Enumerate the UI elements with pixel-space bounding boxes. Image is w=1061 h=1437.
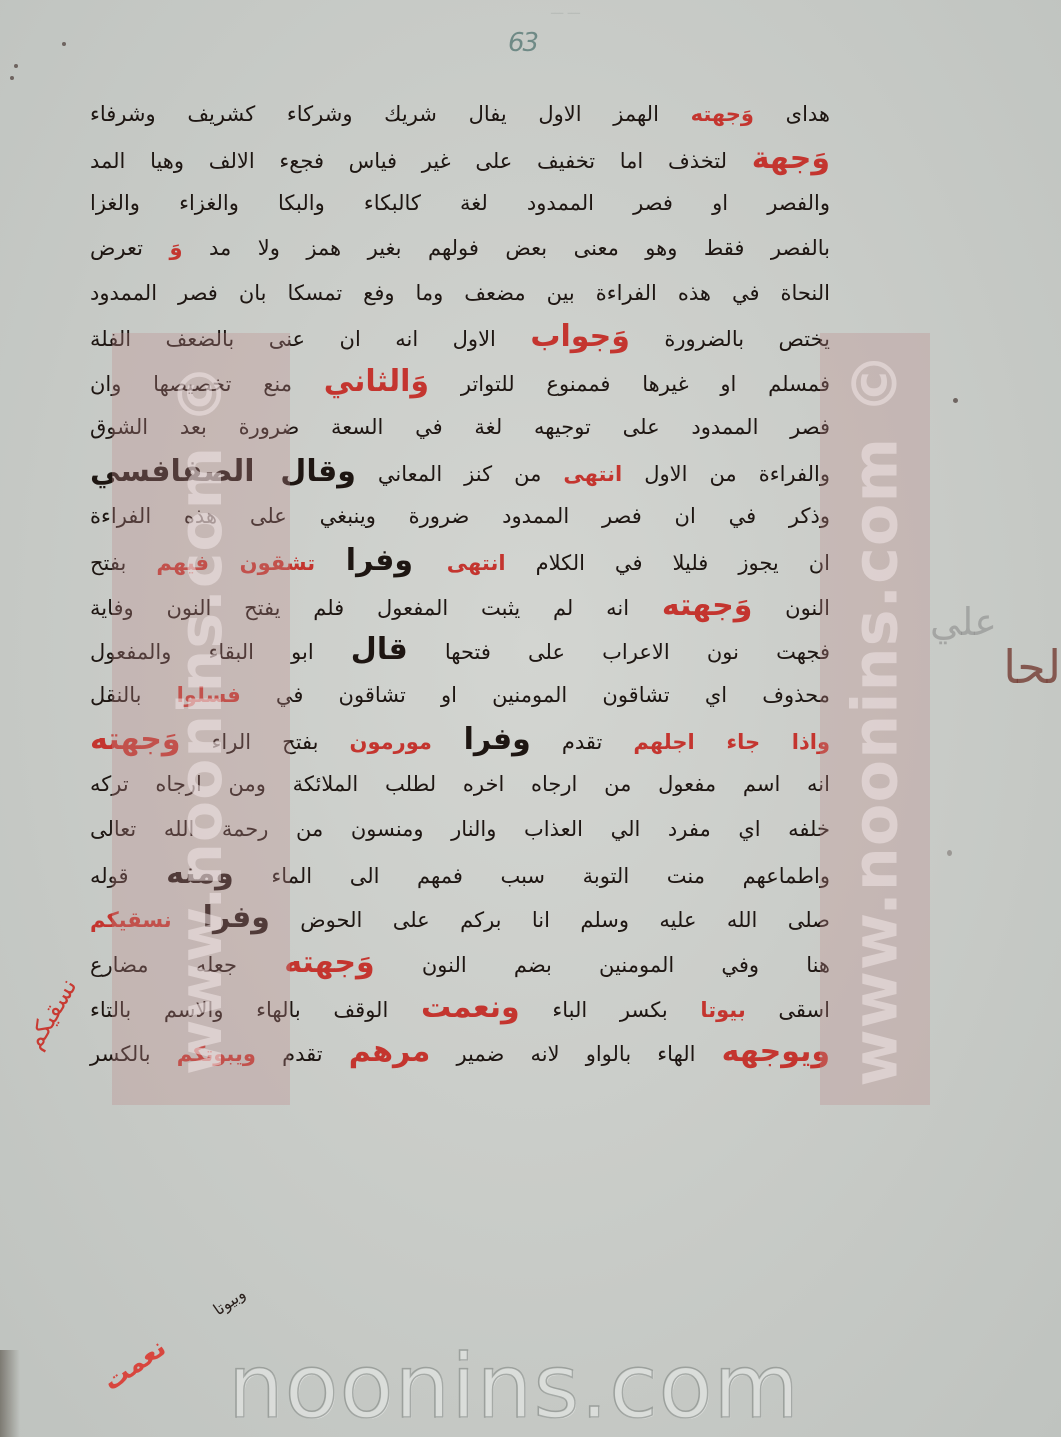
text-run: فجهت نون الاعراب على فتحها [408,640,830,664]
manuscript-line: النحاة في هذه الفراءة بين مضعف وما وفع ت… [90,271,830,316]
manuscript-line: وَجهة لتخذف اما تخفيف على غير فياس فجعء … [90,137,830,182]
rubric-word: انتهى [447,551,506,575]
ink-spot [62,42,66,46]
text-run: والفراءة من الاول [622,462,830,486]
rubric-word: وَجهة [752,141,830,176]
rubric-word: انتهى [563,462,622,486]
ink-spot [947,850,952,856]
watermark-band-right-text: www.noonins.com © [839,351,912,1086]
text-run: تقدم [531,730,634,754]
text-run: صلى الله عليه وسلم انا بركم على الحوض [270,908,830,932]
text-run: بالفصر فقط وهو معنى بعض فولهم بغير همز و… [183,236,830,260]
rubric-word: وَالثاني [324,364,429,399]
manuscript-line: بالفصر فقط وهو معنى بعض فولهم بغير همز و… [90,226,830,271]
text-run: اسقى [746,998,830,1022]
bleed-through-ghost: علي [930,600,997,644]
text-run: تعرض [90,236,169,260]
text-run: لتخذف اما تخفيف على غير فياس فجعء الالف … [90,149,752,173]
rubric-word: مرهم [349,1034,431,1069]
text-run: وفرا [464,722,531,757]
rubric-word: واذا جاء اجلهم [633,730,830,754]
rubric-word: وَجواب [530,319,630,354]
text-run: ان يجوز فليلا في الكلام [506,551,830,575]
ink-spot [14,64,18,68]
rubric-word: مورمون [350,730,464,754]
watermark-band-left: www.noonins.com © [112,333,290,1105]
text-run: من كنز المعاني [356,462,564,486]
faded-top-annotation: ـــ ـــ [280,2,580,20]
watermark-band-left-text: www.noonins.com © [166,363,236,1075]
text-run: واطماعهم منت التوبة سبب فمهم الى الماء [234,864,830,888]
text-run: والفصر او فصر الممدود لغة كالبكاء والبكا… [90,191,830,215]
catchword-black: وبيوتا [210,1284,249,1319]
ink-spot [953,398,958,403]
text-run: النحاة في هذه الفراءة بين مضعف وما وفع ت… [90,281,830,305]
catchword-red: نعمت [98,1333,172,1397]
text-run: النون [752,596,830,620]
manuscript-line: والفصر او فصر الممدود لغة كالبكاء والبكا… [90,181,830,226]
rubric-word: وَجهته [662,588,753,623]
rubric-word: وَجهته [284,945,375,980]
rubric-word: وَ [169,236,182,260]
rubric-word: بيوتا [700,998,745,1022]
text-run: هنا وفي المومنين بضم النون [375,953,830,977]
text-run: فمسلم او غيرها فممنوع للتواتر [429,372,830,396]
page-edge-shadow [0,1350,20,1437]
text-run: هداى [754,102,830,126]
text-run: الهاء بالواو لانه ضمير [430,1042,721,1066]
text-run: وفرا [346,543,447,578]
manuscript-page: ـــ ـــ 63 علي لحا هداى وَجهته الهمز الا… [0,0,1061,1437]
watermark-band-right: www.noonins.com © [820,333,930,1105]
text-run: قال [351,632,408,667]
ink-spot [10,76,14,80]
text-run: يختص بالضرورة [630,327,830,351]
folio-number: 63 [508,28,537,58]
rubric-word: وَجهته [691,102,754,126]
text-run: بكسر الباء [520,998,701,1022]
watermark-bottom: noonins.com [228,1335,800,1437]
margin-note-red: نسقيكم [20,974,83,1054]
rubric-word: ويوجهه [722,1034,830,1069]
manuscript-line: هداى وَجهته الهمز الاول يفال شريك وشركاء… [90,92,830,137]
text-run: الهمز الاول يفال شريك وشركاء كشريف وشرفا… [90,102,691,126]
text-run: محذوف اي تشاقون المومنين او تشاقون في [241,683,830,707]
rubric-word: ونعمت [421,990,520,1025]
